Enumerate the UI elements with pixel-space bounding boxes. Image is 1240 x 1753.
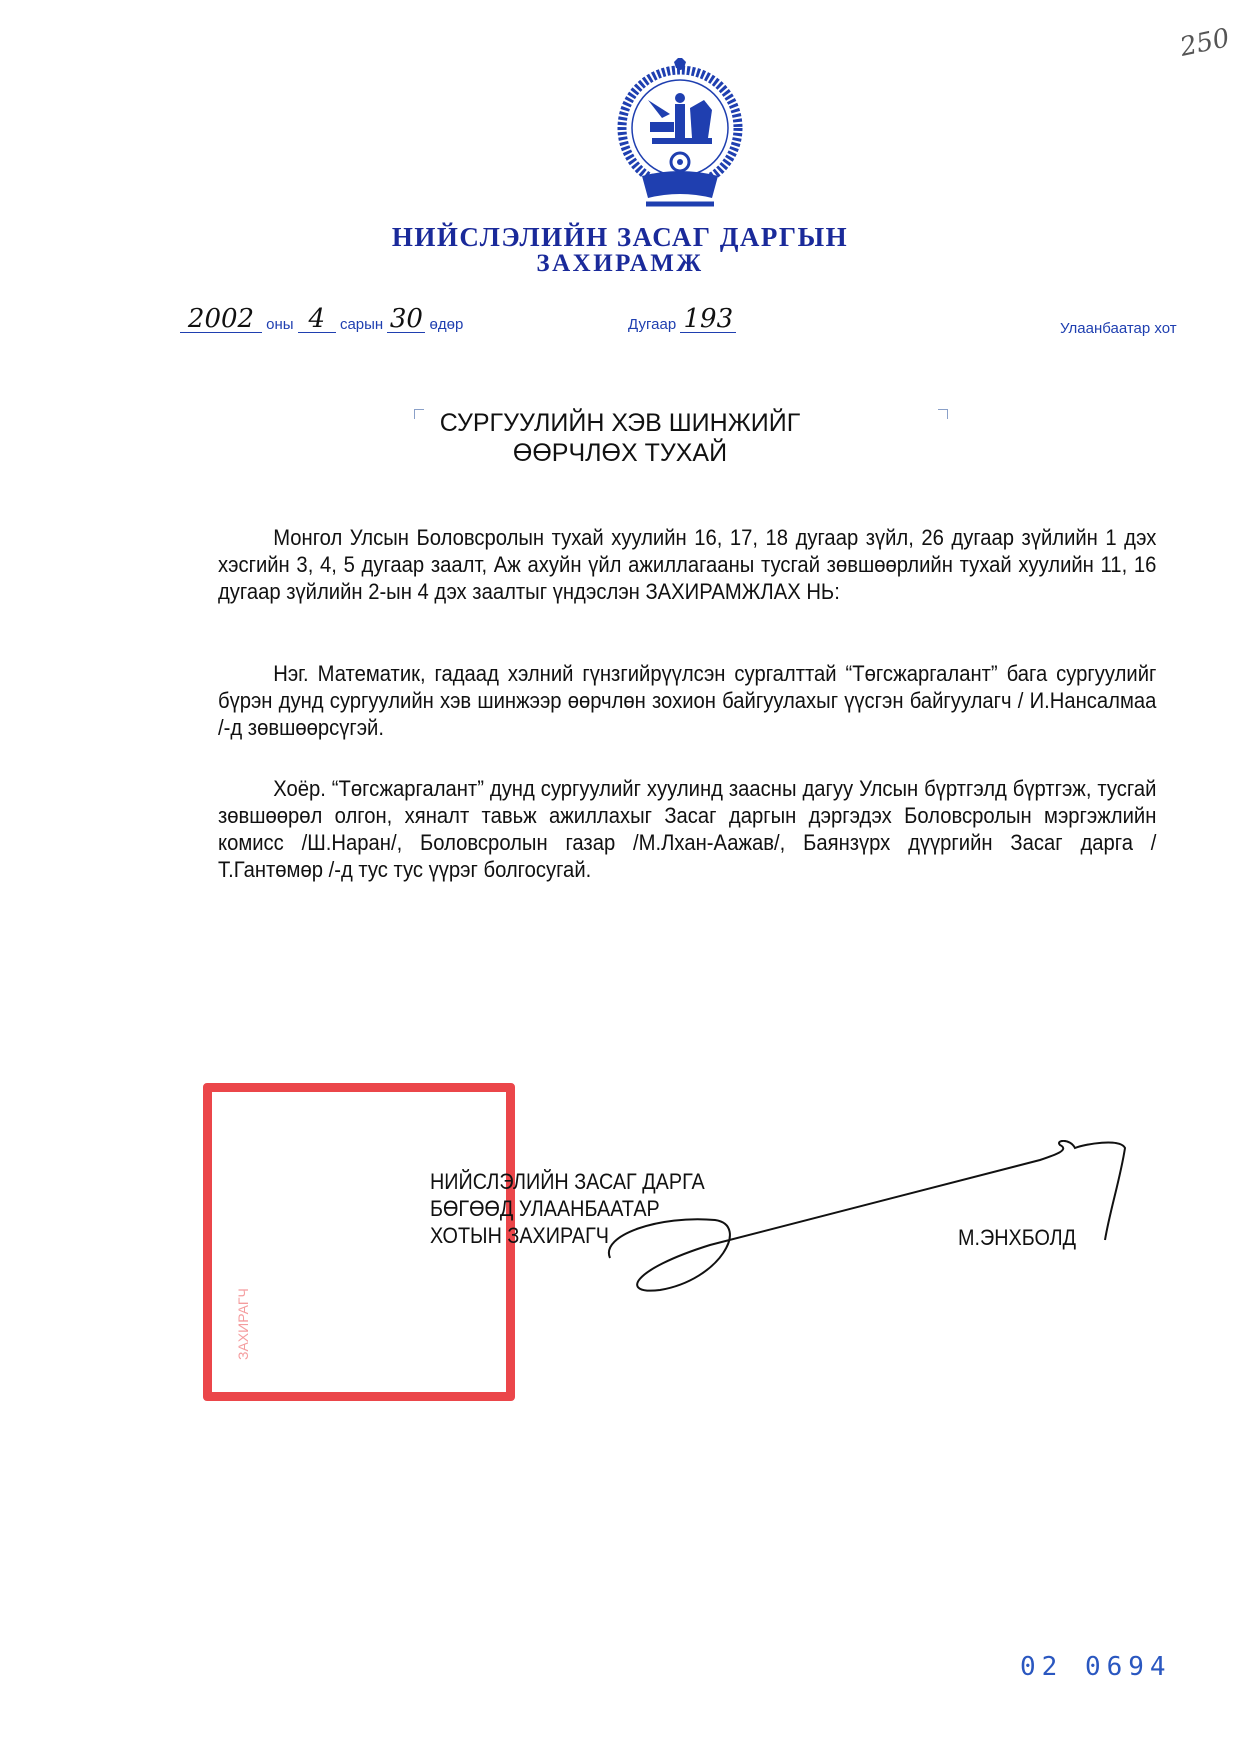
stamp-faint-text: ЗАХИРАГЧ — [235, 1160, 255, 1360]
item-one-paragraph: Нэг. Математик, гадаад хэлний гүнзгийрүү… — [218, 660, 1156, 741]
item-two-paragraph: Хоёр. “Төгсжаргалант” дунд сургуулийг ху… — [218, 775, 1156, 883]
city-label: Улаанбаатар хот — [1060, 320, 1177, 337]
item-two-text: Хоёр. “Төгсжаргалант” дунд сургуулийг ху… — [218, 776, 1156, 882]
month-label: сарын — [340, 316, 383, 333]
date-year: 2002 — [180, 306, 262, 333]
preamble-text: Монгол Улсын Боловсролын тухай хуулийн 1… — [218, 525, 1156, 604]
number-label: Дугаар — [628, 316, 676, 333]
title-line-2: ӨӨРЧЛӨХ ТУХАЙ — [0, 438, 1240, 468]
day-label: өдөр — [430, 316, 464, 333]
document-number-line: Дугаар 193 — [628, 306, 736, 333]
date-day: 30 — [387, 306, 425, 333]
preamble-paragraph: Монгол Улсын Боловсролын тухай хуулийн 1… — [218, 524, 1156, 605]
state-emblem-icon — [612, 58, 748, 208]
title-line-1: СУРГУУЛИЙН ХЭВ ШИНЖИЙГ — [0, 408, 1240, 438]
issuer-header: НИЙСЛЭЛИЙН ЗАСАГ ДАРГЫН — [0, 222, 1240, 253]
year-label: оны — [266, 316, 293, 333]
document-number: 193 — [680, 306, 736, 333]
signer-name: М.ЭНХБОЛД — [958, 1225, 1076, 1251]
item-one-text: Нэг. Математик, гадаад хэлний гүнзгийрүү… — [218, 661, 1156, 740]
document-serial-number: 02 0694 — [1020, 1652, 1172, 1682]
document-title: СУРГУУЛИЙН ХЭВ ШИНЖИЙГ ӨӨРЧЛӨХ ТУХАЙ — [0, 408, 1240, 468]
date-month: 4 — [298, 306, 336, 333]
date-line: 2002 оны 4 сарын 30 өдөр — [180, 306, 463, 333]
handwritten-page-number: 250 — [1177, 23, 1232, 63]
document-type-header: ЗАХИРАМЖ — [0, 250, 1240, 278]
